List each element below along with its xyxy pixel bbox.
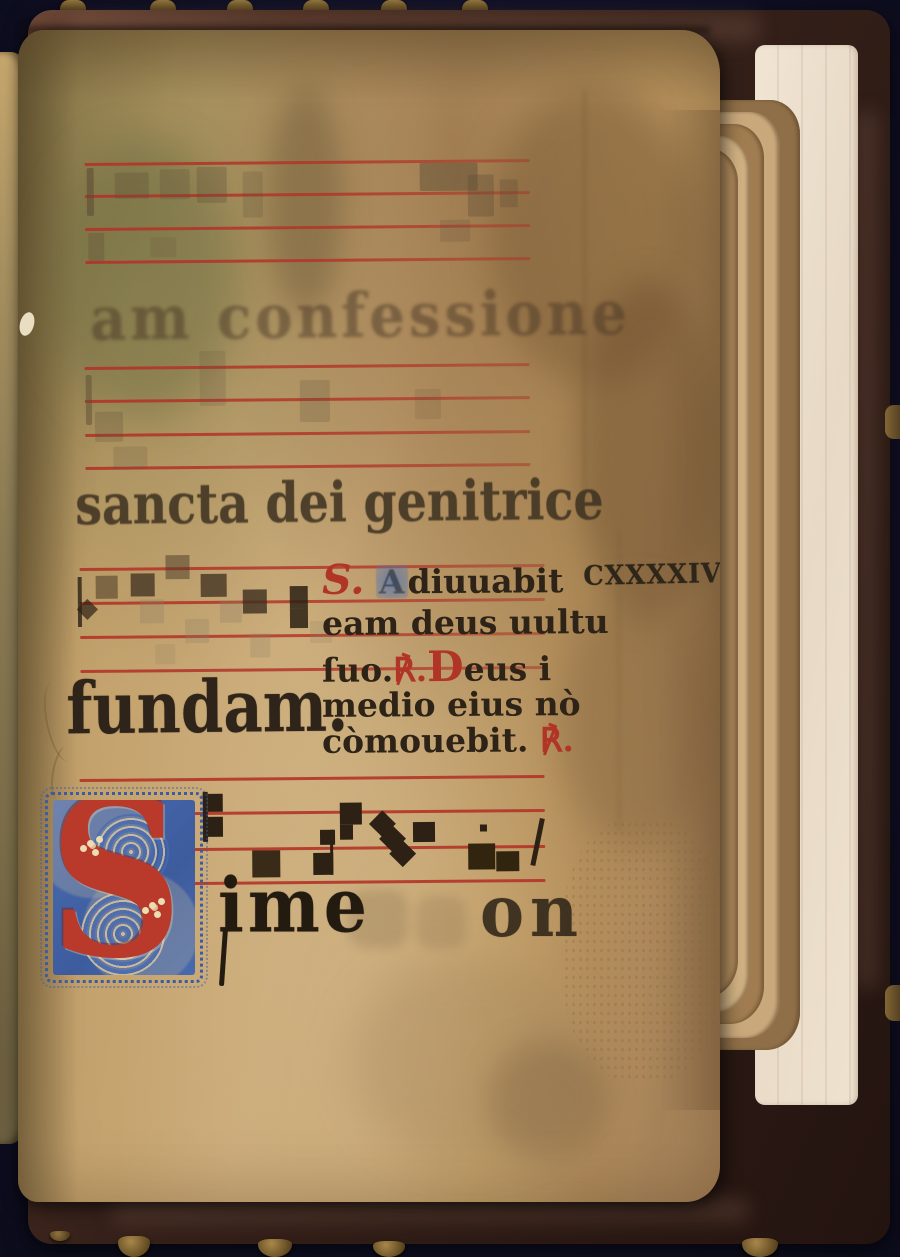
faded-neume — [300, 380, 330, 422]
rubric-text: medio eius nò — [322, 684, 581, 725]
rubric-line: S. Adiuuabit — [322, 558, 564, 601]
faded-neume — [500, 179, 518, 207]
faded-neume — [415, 389, 441, 419]
rubric-line: ſuo.℟.Deus i — [322, 645, 551, 689]
faded-neume — [87, 168, 94, 216]
staff-1 — [85, 159, 531, 267]
ghost-square — [220, 601, 242, 623]
staff-line — [85, 430, 530, 436]
blue-painted-letter: A — [376, 565, 408, 598]
response-mark: ℟. — [393, 650, 427, 689]
rubric-line: còmouebit. ℟. — [322, 723, 574, 758]
rubric-initial-D: D — [427, 642, 464, 691]
neume-square — [468, 843, 495, 869]
neume-square — [131, 573, 155, 596]
chant-text-sancta: sancta dei genitrice — [75, 473, 604, 533]
neume-square — [208, 794, 223, 812]
chant-text-on: on — [480, 875, 584, 946]
flower-ornament — [87, 840, 94, 847]
faded-neume — [113, 446, 147, 468]
chant-text-faded: am confessione — [90, 283, 632, 350]
faded-neume — [95, 412, 123, 442]
ghost-square — [140, 599, 164, 623]
neume-square — [340, 803, 362, 825]
faded-neume — [197, 167, 227, 203]
brass-foot — [373, 1241, 405, 1257]
neume-square — [340, 825, 353, 840]
brass-foot — [258, 1239, 292, 1257]
folio-number: CXXXXIV — [583, 560, 720, 590]
ghost-square — [155, 644, 175, 664]
brass-stud-right — [885, 985, 900, 1021]
neume-square — [201, 574, 227, 597]
rubric-text: eus i — [463, 649, 551, 689]
faded-neume — [243, 171, 263, 217]
initial-letter-S: S — [53, 800, 183, 975]
flower-ornament — [149, 902, 156, 909]
ghost-square — [185, 619, 209, 643]
brass-foot — [118, 1236, 150, 1257]
neume-dot — [480, 824, 487, 831]
neume-virga — [530, 818, 544, 866]
neume-square — [413, 822, 435, 842]
staff-line — [85, 257, 530, 263]
neume-square — [243, 589, 267, 613]
faded-neume — [115, 172, 149, 198]
brass-stud-right — [885, 405, 900, 439]
faded-neume — [86, 375, 92, 425]
staff-line — [80, 775, 545, 782]
versicle-mark: S. — [322, 556, 365, 604]
faded-neume — [199, 351, 225, 406]
neume-square — [165, 555, 189, 579]
rubric-text: còmouebit. — [322, 720, 529, 760]
rubric-line: medio eius nò — [322, 687, 581, 722]
faded-neume — [150, 237, 176, 257]
rubric-text: eam deus uultu — [322, 602, 609, 643]
faded-neume — [160, 169, 190, 199]
decorated-initial-frame: S — [45, 792, 203, 983]
faded-neume — [88, 233, 104, 261]
initial-panel: S — [53, 800, 195, 975]
neume-square — [96, 576, 118, 599]
neume-square — [207, 817, 223, 837]
chant-text-fundam: fundam. — [66, 671, 348, 746]
ghost-square — [250, 633, 270, 657]
staff-line — [85, 191, 530, 197]
neume-square — [290, 586, 308, 608]
response-mark: ℟. — [540, 720, 574, 759]
leather-sheen — [856, 110, 878, 990]
staff-2 — [85, 363, 531, 471]
manuscript-photo: am confessione sancta dei genitrice — [0, 0, 900, 1257]
rubric-text: diuuabit — [407, 561, 563, 601]
neume-stem — [78, 577, 82, 627]
faded-neume — [468, 174, 494, 216]
parchment-page: am confessione sancta dei genitrice — [18, 30, 720, 1202]
neume-square — [290, 608, 308, 628]
bleedthrough-ghost — [416, 896, 466, 948]
bleedthrough-ghost — [348, 890, 408, 948]
rubric-line: eam deus uultu — [322, 605, 609, 640]
faded-neume — [440, 220, 470, 242]
vellum-pores — [563, 820, 720, 1080]
brass-foot — [742, 1238, 778, 1257]
